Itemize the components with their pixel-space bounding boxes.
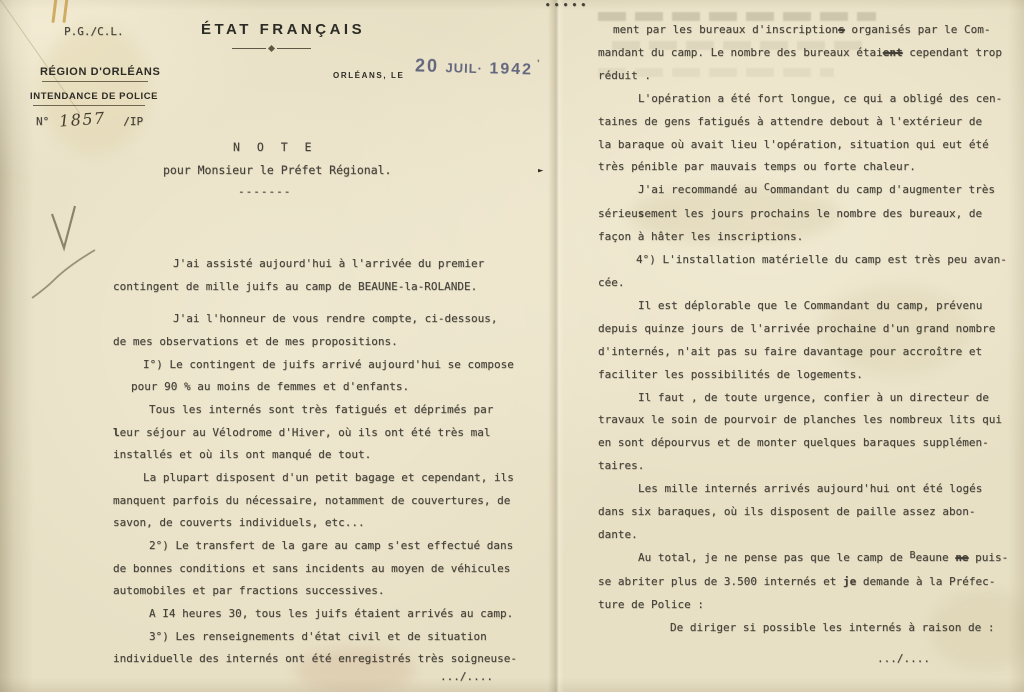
typed-line: A I4 heures 30, tous les juifs étaient a… [113, 603, 527, 626]
typed-line: Les mille internés arrivés aujourd'hui o… [598, 478, 1004, 501]
staple-mark [62, 0, 68, 23]
typed-line: La plupart disposent d'un petit bagage e… [113, 467, 527, 490]
typed-line: d'internés, n'ait pas su faire davantage… [598, 341, 1004, 364]
continuation-mark-left: .../.... [440, 670, 493, 683]
typed-line: dante. [598, 524, 1004, 547]
typed-line: se abriter plus de 3.500 internés et je … [598, 571, 1004, 594]
typed-line: J'ai assisté aujourd'hui à l'arrivée du … [113, 253, 527, 276]
pencil-checkmark [20, 200, 115, 310]
typed-line: taires. [598, 455, 1004, 478]
region-underline [42, 81, 148, 82]
left-page-body: J'ai assisté aujourd'hui à l'arrivée du … [113, 253, 527, 671]
typed-line: Tous les internés sont très fatigués et … [113, 399, 527, 422]
typed-line: façon à hâter les inscriptions. [598, 226, 1004, 249]
typed-line: taines de gens fatigués à attendre debou… [598, 111, 1004, 134]
diamond-icon [268, 45, 275, 52]
typed-line: manquent parfois du nécessaire, notammen… [113, 490, 527, 513]
typed-line: L'opération a été fort longue, ce qui a … [598, 88, 1004, 111]
doc-number-prefix: N° [36, 115, 49, 128]
typed-line: de bonnes conditions et sans incidents a… [113, 558, 527, 581]
typed-line: dans six baraques, où ils disposent de p… [598, 501, 1004, 524]
staple-mark [51, 0, 57, 23]
typed-line: en sont dépourvus et de monter quelques … [598, 432, 1004, 455]
stamp-year: 1942 [489, 60, 533, 78]
typed-line: 2°) Le transfert de la gare au camp s'es… [113, 535, 527, 558]
margin-arrow-icon: ► [538, 166, 543, 176]
typed-line: réduit . [598, 65, 1004, 88]
doc-number-suffix: /IP [123, 115, 143, 128]
typed-line: faciliter les possibilités de logements. [598, 364, 1004, 387]
letterhead-state-title: ÉTAT FRANÇAIS [201, 21, 365, 38]
typed-line: individuelle des internés ont été enregi… [113, 648, 527, 671]
stamp-month: JUIL· [445, 60, 483, 76]
typed-line: de mes observations et de mes propositio… [113, 331, 527, 354]
typed-line: 4°) L'installation matérielle du camp es… [598, 249, 1004, 272]
note-divider: ------- [238, 185, 291, 198]
typed-line: la baraque où avait lieu l'opération, si… [598, 134, 1004, 157]
typed-line: ment par les bureaux d'inscriptions orga… [598, 19, 1004, 42]
typed-line: Il faut , de toute urgence, confier à un… [598, 387, 1004, 410]
typed-line: J'ai recommandé au Commandant du camp d'… [598, 179, 1004, 203]
stamp-day: 20 [415, 55, 440, 76]
right-page-body: ment par les bureaux d'inscriptions orga… [598, 19, 1004, 639]
doc-number-handwritten: 1857 [58, 108, 106, 130]
typed-line: ture de Police : [598, 594, 1004, 617]
note-recipient: pour Monsieur le Préfet Régional. [163, 163, 391, 177]
date-stamp: 20 JUIL· 1942' [415, 55, 538, 79]
letterhead-ref: P.G./C.L. [64, 25, 124, 38]
page-fold-shadow [548, 0, 564, 692]
typed-line: travaux le soin de pourvoir de planches … [598, 409, 1004, 432]
typed-line: pour 90 % au moins de femmes et d'enfant… [113, 376, 527, 399]
continuation-mark-right: .../.... [877, 652, 930, 665]
typed-line: 3°) Les renseignements d'état civil et d… [113, 626, 527, 649]
typed-line: savon, de couverts individuels, etc... [113, 512, 527, 535]
document-number: N° 1857 /IP [36, 110, 143, 129]
place-label: ORLÉANS, LE [333, 71, 404, 80]
typed-line: sérieusement les jours prochains le nomb… [598, 203, 1004, 226]
typed-line: contingent de mille juifs au camp de BEA… [113, 276, 527, 299]
typed-line: depuis quinze jours de l'arrivée prochai… [598, 318, 1004, 341]
typed-line: J'ai l'honneur de vous rendre compte, ci… [113, 308, 527, 331]
typed-line: Il est déplorable que le Commandant du c… [598, 295, 1004, 318]
stain [40, 25, 150, 155]
typed-line: Au total, je ne pense pas que le camp de… [598, 547, 1004, 571]
scanned-document: P.G./C.L. ÉTAT FRANÇAIS RÉGION D'ORLÉANS… [0, 0, 1024, 692]
typed-line: mandant du camp. Le nombre des bureaux é… [598, 42, 1004, 65]
letterhead-region: RÉGION D'ORLÉANS [40, 66, 160, 78]
top-dots: ••••• [545, 1, 590, 11]
letterhead-service: INTENDANCE DE POLICE [30, 91, 158, 102]
typed-line: I°) Le contingent de juifs arrivé aujour… [113, 354, 527, 377]
typed-line: très pénible par mauvais temps ou forte … [598, 156, 1004, 179]
typed-line: installés et où ils ont manqué de tout. [113, 444, 527, 467]
typed-line: automobiles et par fractions successives… [113, 580, 527, 603]
letterhead-ornament [232, 46, 311, 51]
typed-line: leur séjour au Vélodrome d'Hiver, où ils… [113, 422, 527, 445]
typed-line: De diriger si possible les internés à ra… [598, 617, 1004, 640]
service-underline [33, 105, 145, 106]
typed-line: cée. [598, 272, 1004, 295]
note-title: N O T E [233, 140, 316, 154]
